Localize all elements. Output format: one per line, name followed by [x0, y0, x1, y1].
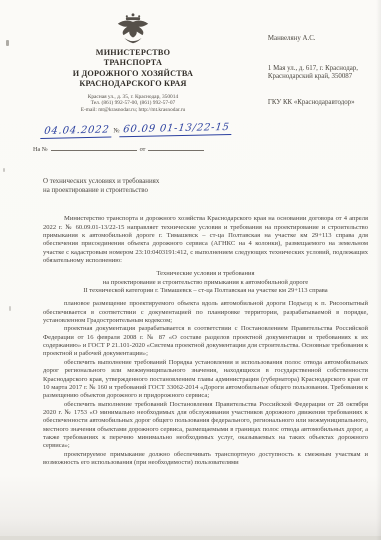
condition-paragraph: проектируемое примыкание должно обеспечи… — [43, 451, 368, 468]
scan-artifact — [3, 168, 5, 172]
addressee-name: Манвеляну А.С. — [268, 35, 381, 44]
scan-artifact — [6, 40, 9, 46]
ministry-name-line: КРАСНОДАРСКОГО КРАЯ — [33, 79, 233, 89]
scanned-letter-page: МИНИСТЕРСТВО ТРАНСПОРТА И ДОРОЖНОГО ХОЗЯ… — [0, 0, 381, 540]
conditions-heading-line: на проектирование и строительство примык… — [103, 279, 308, 286]
conditions-heading-line: Технические условия и требования — [156, 270, 254, 277]
handwritten-date: 04.04.2022 — [40, 124, 113, 139]
coat-of-arms-icon — [114, 12, 152, 45]
ministry-email-site: E-mail: mt@krasnodar.ru; http://mt.krasn… — [33, 107, 233, 114]
letterhead-left-column: МИНИСТЕРСТВО ТРАНСПОРТА И ДОРОЖНОГО ХОЗЯ… — [33, 12, 233, 153]
letterhead-header: МИНИСТЕРСТВО ТРАНСПОРТА И ДОРОЖНОГО ХОЗЯ… — [0, 0, 381, 153]
conditions-heading: Технические условия и требования на прое… — [43, 270, 368, 295]
condition-paragraph: обеспечить выполнение требований Постано… — [43, 401, 368, 451]
reference-number-blank — [51, 144, 137, 151]
ministry-contact-block: Красная ул., д. 35, г. Краснодар, 350014… — [33, 94, 233, 114]
addressee-organization: ГКУ КК «Краснодаравтодор» — [268, 99, 381, 108]
ministry-name-line: ТРАНСПОРТА — [33, 58, 233, 68]
ministry-name-line: МИНИСТЕРСТВО — [33, 48, 233, 58]
intro-paragraph: Министерство транспорта и дорожного хозя… — [43, 215, 368, 265]
outgoing-number-row: 04.04.2022№60.09 01-13/22-15 — [33, 117, 233, 139]
reference-date-blank — [148, 144, 204, 151]
condition-paragraph: обеспечить выполнение требований Порядка… — [43, 359, 368, 401]
ministry-name: МИНИСТЕРСТВО ТРАНСПОРТА И ДОРОЖНОГО ХОЗЯ… — [33, 48, 233, 90]
addressee-block: Манвеляну А.С. 1 Мая ул., д. 617, г. Кра… — [268, 12, 381, 153]
letter-body: Министерство транспорта и дорожного хозя… — [43, 215, 368, 467]
subject-line: О технических условиях и требованиях — [43, 178, 381, 187]
number-sign: № — [113, 127, 119, 134]
scan-bottom-edge — [0, 536, 381, 540]
ministry-name-line: И ДОРОЖНОГО ХОЗЯЙСТВА — [33, 69, 233, 79]
reference-number-row: На №от — [33, 144, 233, 153]
scan-artifact — [9, 306, 11, 311]
addressee-address: 1 Мая ул., д. 617, г. Краснодар, Краснод… — [268, 65, 381, 82]
reference-ot-label: от — [140, 146, 146, 153]
letter-subject: О технических условиях и требованиях на … — [43, 178, 381, 196]
condition-paragraph: плановое размещение проектируемого объек… — [43, 300, 368, 325]
ministry-phone: Тел. (861) 992-57-00, (861) 992-57-07 — [33, 100, 233, 107]
conditions-heading-line: II технической категории г. Тимашевск – … — [83, 287, 327, 294]
addressee-address-line: 1 Мая ул., д. 617, г. Краснодар, — [268, 65, 381, 74]
condition-paragraph: проектная документация разрабатывается в… — [43, 325, 368, 358]
subject-line: на проектирование и строительство — [43, 187, 381, 196]
reference-prefix-label: На № — [33, 146, 48, 153]
addressee-address-line: Краснодарский край, 350087 — [268, 73, 381, 82]
handwritten-outgoing-number: 60.09 01-13/22-15 — [120, 122, 234, 137]
